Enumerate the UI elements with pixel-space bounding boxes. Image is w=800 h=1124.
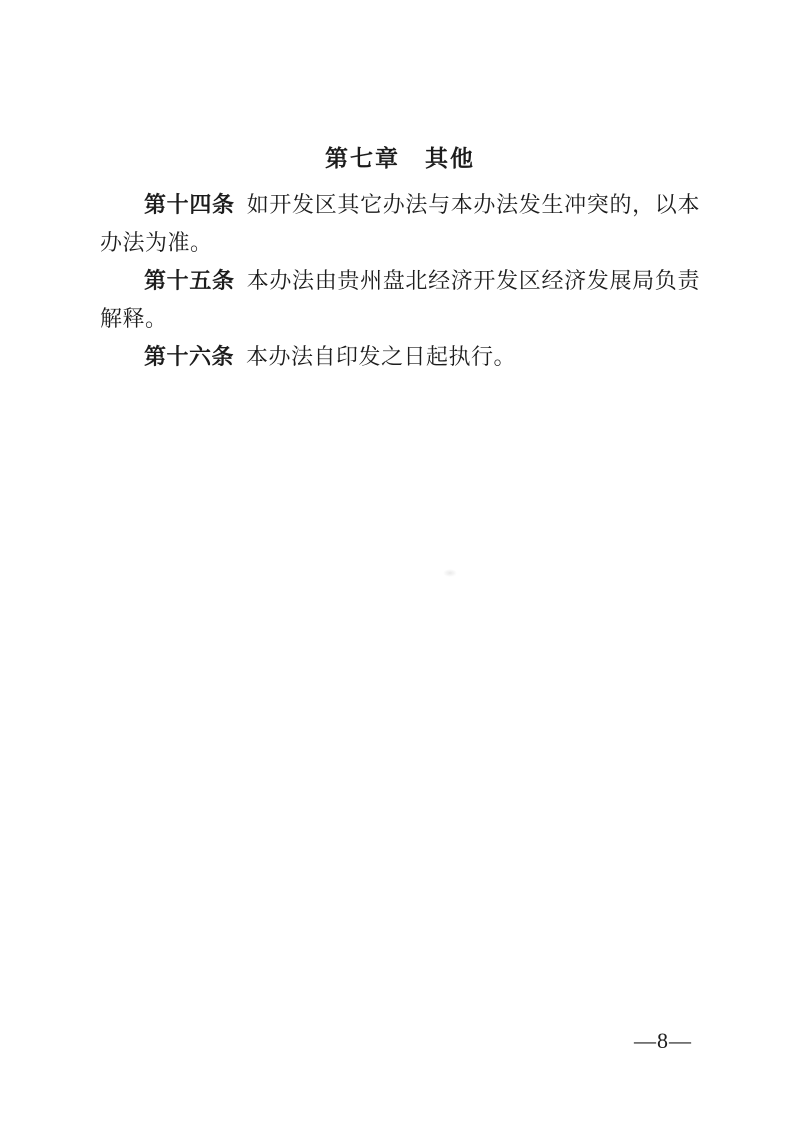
scan-artifact [443,569,457,577]
document-page: 第七章 其他 第十四条如开发区其它办法与本办法发生冲突的，以本办法为准。 第十五… [0,0,800,1124]
article-label: 第十四条 [144,192,235,217]
page-number: —8— [634,1028,692,1054]
document-content: 第七章 其他 第十四条如开发区其它办法与本办法发生冲突的，以本办法为准。 第十五… [0,0,800,376]
article-paragraph-14: 第十四条如开发区其它办法与本办法发生冲突的，以本办法为准。 [100,186,700,262]
chapter-heading: 第七章 其他 [100,145,700,173]
article-paragraph-16: 第十六条本办法自印发之日起执行。 [100,338,700,376]
article-label: 第十六条 [144,344,234,369]
article-text: 本办法自印发之日起执行。 [246,344,516,369]
article-label: 第十五条 [144,268,235,293]
article-paragraph-15: 第十五条本办法由贵州盘北经济开发区经济发展局负责解释。 [100,262,700,338]
